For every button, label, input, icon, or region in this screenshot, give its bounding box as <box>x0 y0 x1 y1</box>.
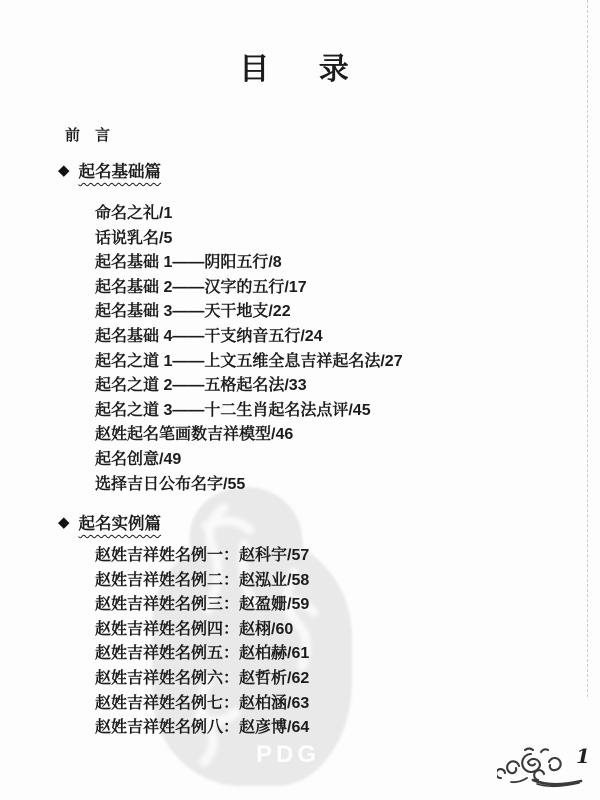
toc-entry: 赵姓吉祥姓名例八：赵彦博/64 <box>95 716 309 741</box>
toc-entry: 赵姓吉祥姓名例一：赵科宇/57 <box>95 544 309 569</box>
section-title: 起名实例篇 <box>79 510 162 534</box>
toc-entry: 起名之道 2——五格起名法/33 <box>95 374 403 399</box>
toc-entry: 赵姓吉祥姓名例四：赵栩/60 <box>95 618 309 643</box>
section-header-examples: ◆ 起名实例篇 <box>58 510 161 534</box>
toc-entry: 赵姓吉祥姓名例六：赵哲析/62 <box>95 667 309 692</box>
toc-entry: 赵姓吉祥姓名例五：赵柏赫/61 <box>95 642 309 667</box>
toc-entry: 起名基础 3——天干地支/22 <box>95 300 403 325</box>
toc-entry: 赵姓吉祥姓名例七：赵柏涵/63 <box>95 692 309 717</box>
diamond-bullet-icon: ◆ <box>58 163 70 178</box>
preface-heading: 前 言 <box>65 124 110 145</box>
toc-entry: 赵姓起名笔画数吉祥模型/46 <box>95 423 403 448</box>
toc-entry: 起名基础 4——干支纳音五行/24 <box>95 325 403 350</box>
page-title: 目录 <box>0 52 588 88</box>
toc-entry: 起名基础 2——汉字的五行/17 <box>95 276 403 301</box>
toc-content: 目录 前 言 ◆ 起名基础篇 命名之礼/1 话说乳名/5 起名基础 1——阴阳五… <box>0 0 588 800</box>
toc-entry: 起名之道 3——十二生肖起名法点评/45 <box>95 399 403 424</box>
toc-list-examples: 赵姓吉祥姓名例一：赵科宇/57 赵姓吉祥姓名例二：赵泓业/58 赵姓吉祥姓名例三… <box>95 544 309 741</box>
toc-entry: 起名创意/49 <box>95 448 403 473</box>
page-number: 1 <box>576 744 590 768</box>
scanned-book-page: PDG 目录 前 言 ◆ 起名基础篇 命名之礼/1 话说乳名/5 起名基础 1—… <box>0 0 600 800</box>
toc-entry: 命名之礼/1 <box>95 202 403 227</box>
toc-entry: 赵姓吉祥姓名例三：赵盈姗/59 <box>95 593 309 618</box>
toc-entry: 起名之道 1——上文五维全息吉祥起名法/27 <box>95 350 403 375</box>
section-header-basics: ◆ 起名基础篇 <box>58 158 161 182</box>
toc-entry: 起名基础 1——阴阳五行/8 <box>95 251 403 276</box>
diamond-bullet-icon: ◆ <box>58 515 70 530</box>
toc-entry: 话说乳名/5 <box>95 227 403 252</box>
flourish-ornament-icon <box>497 746 585 794</box>
section-title: 起名基础篇 <box>79 158 162 182</box>
toc-entry: 选择吉日公布名字/55 <box>95 473 403 498</box>
toc-list-basics: 命名之礼/1 话说乳名/5 起名基础 1——阴阳五行/8 起名基础 2——汉字的… <box>95 202 403 497</box>
toc-entry: 赵姓吉祥姓名例二：赵泓业/58 <box>95 569 309 594</box>
